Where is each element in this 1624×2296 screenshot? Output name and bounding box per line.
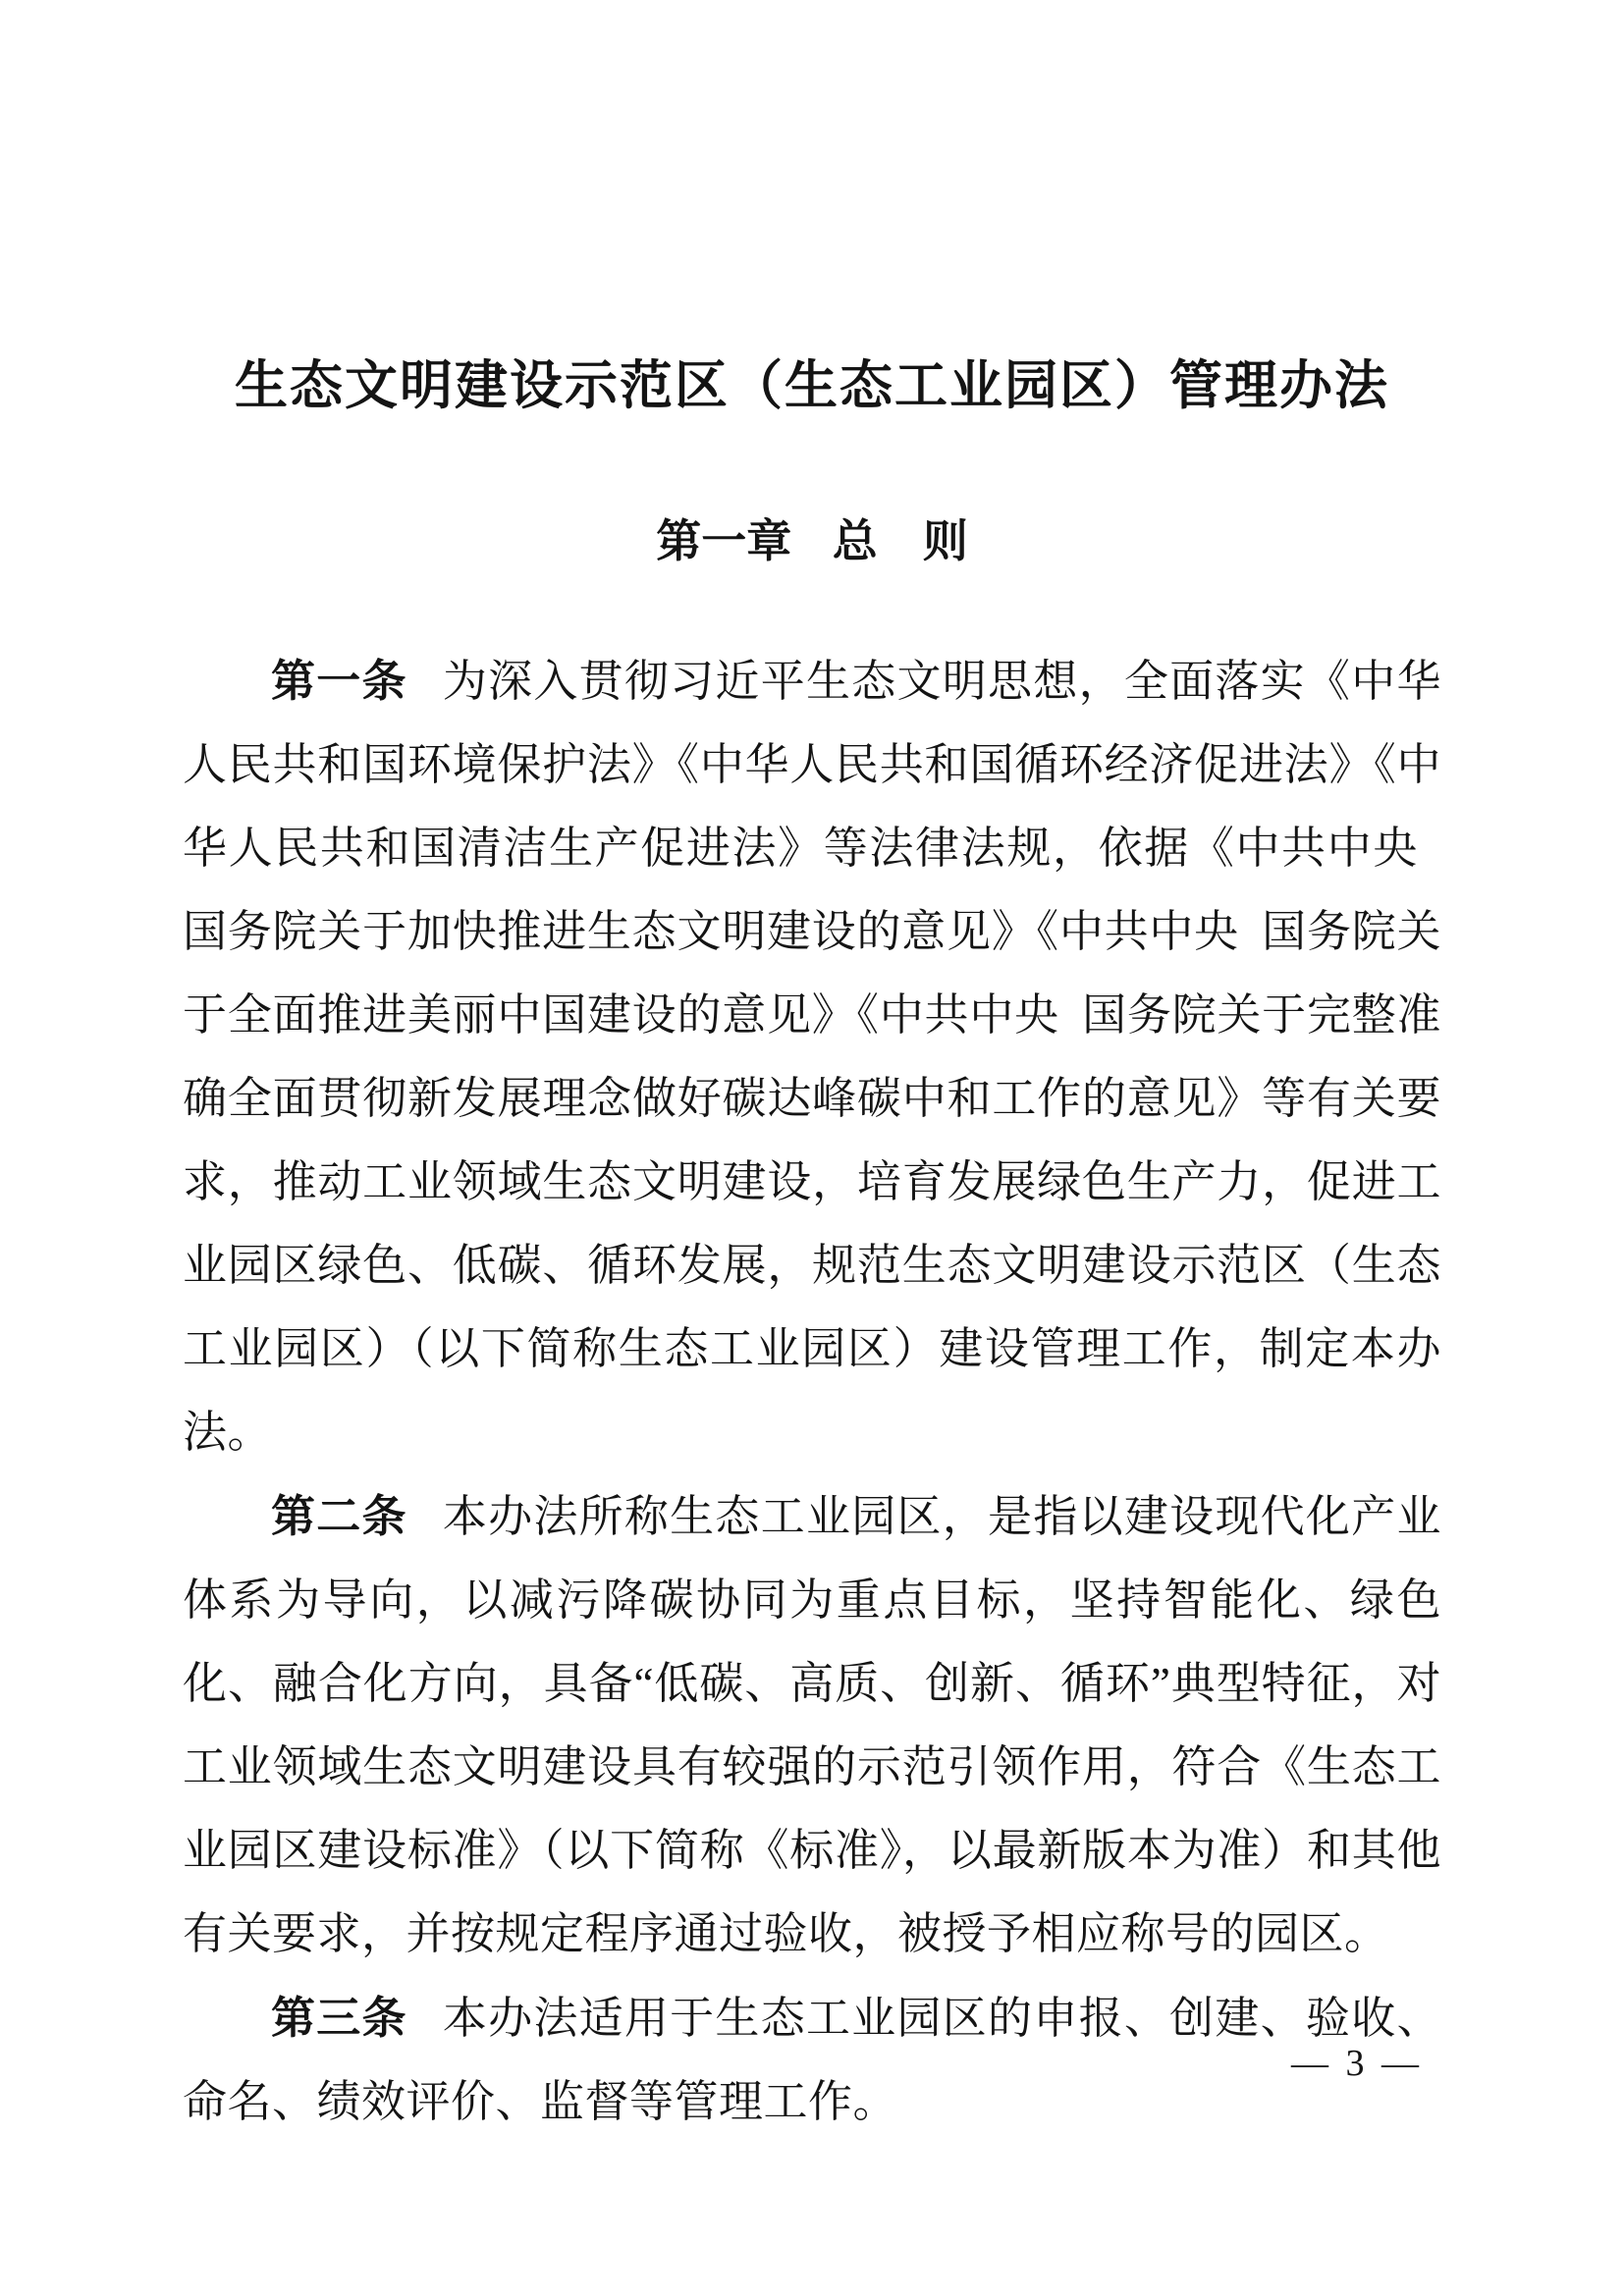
page-content: 生态文明建设示范区（生态工业园区）管理办法 第一章总 则 第一条为深入贯彻习近平… [183,0,1441,2144]
chapter-heading: 第一章总 则 [183,514,1441,568]
article-paragraph-3: 第三条本办法适用于生态工业园区的申报、创建、验收、命名、绩效评价、监督等管理工作… [183,1976,1441,2144]
article-text-2: 本办法所称生态工业园区，是指以建设现代化产业体系为导向，以减污降碳协同为重点目标… [183,1492,1441,1958]
article-number-2: 第二条 [271,1491,407,1541]
article-number-1: 第一条 [271,656,407,706]
page-number: — 3 — [1291,2042,1423,2085]
article-text-1: 为深入贯彻习近平生态文明思想，全面落实《中华人民共和国环境保护法》《中华人民共和… [183,657,1441,1457]
article-paragraph-1: 第一条为深入贯彻习近平生态文明思想，全面落实《中华人民共和国环境保护法》《中华人… [183,639,1441,1474]
document-title: 生态文明建设示范区（生态工业园区）管理办法 [183,355,1441,416]
articles-block: 第一条为深入贯彻习近平生态文明思想，全面落实《中华人民共和国环境保护法》《中华人… [183,639,1441,2144]
article-number-3: 第三条 [271,1993,407,2043]
chapter-number: 第一章 [656,515,791,566]
article-paragraph-2: 第二条本办法所称生态工业园区，是指以建设现代化产业体系为导向，以减污降碳协同为重… [183,1474,1441,1976]
chapter-title: 总 则 [833,515,968,566]
document-page: 生态文明建设示范区（生态工业园区）管理办法 第一章总 则 第一条为深入贯彻习近平… [0,0,1624,2296]
